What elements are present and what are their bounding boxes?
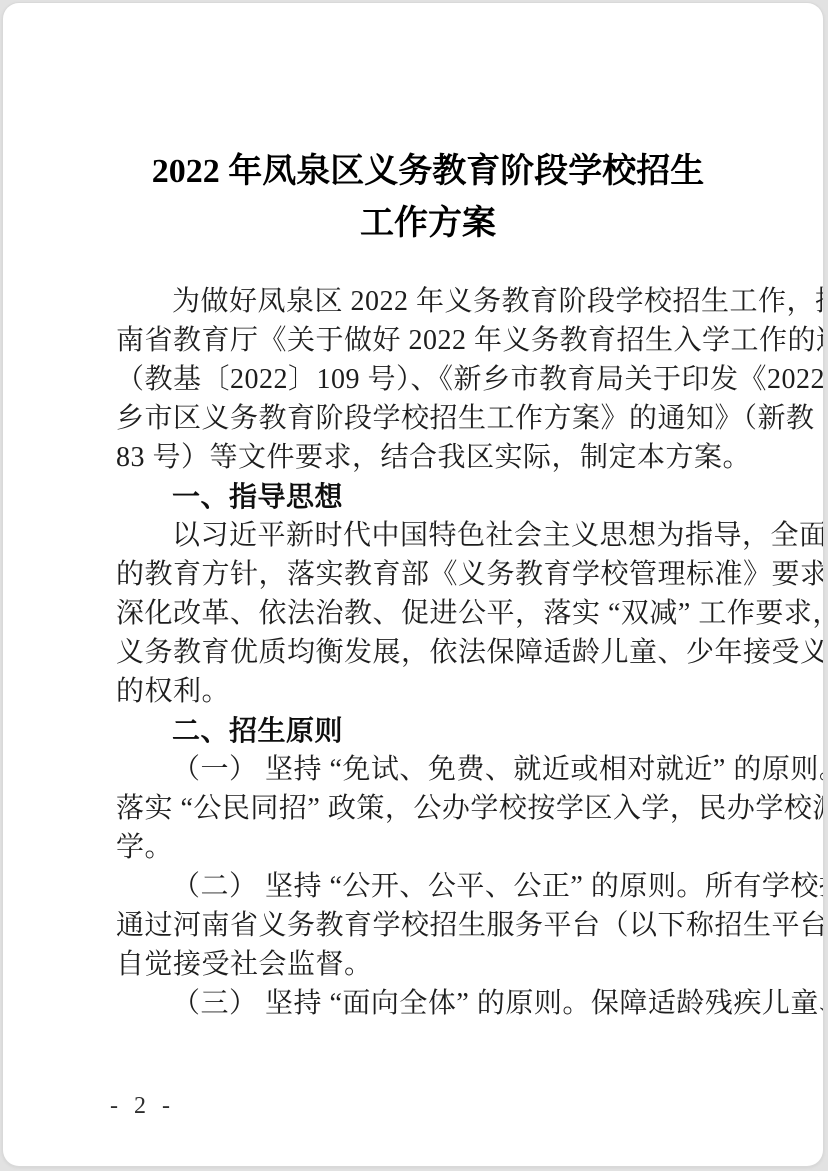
body-line: （一） 坚持 “免试、免费、就近或相对就近” 的原则。严格 [116, 750, 745, 789]
body-line: 义务教育优质均衡发展，依法保障适龄儿童、少年接受义务教育 [116, 633, 745, 672]
body-line: 的权利。 [116, 672, 745, 711]
body-line: 乡市区义务教育阶段学校招生工作方案》的通知》（新教〔2022〕 [116, 399, 745, 438]
body-line: （二） 坚持 “公开、公平、公正” 的原则。所有学校招生均 [116, 867, 745, 906]
body-line: 83 号）等文件要求，结合我区实际，制定本方案。 [116, 438, 745, 477]
section-heading-enrollment-principles: 二、招生原则 [116, 711, 745, 750]
body-line: （三） 坚持 “面向全体” 的原则。保障适龄残疾儿童、少年 [116, 984, 745, 1023]
section-heading-guiding-ideology: 一、指导思想 [116, 477, 745, 516]
document-title-line: 工作方案 [116, 198, 740, 250]
document-title-line: 2022 年凤泉区义务教育阶段学校招生 [116, 146, 740, 198]
document-title: 2022 年凤泉区义务教育阶段学校招生 工作方案 [116, 146, 740, 250]
body-line: 的教育方针，落实教育部《义务教育学校管理标准》要求，坚持 [116, 555, 745, 594]
body-line: 南省教育厅《关于做好 2022 年义务教育招生入学工作的通知》 [116, 321, 745, 360]
body-line: 以习近平新时代中国特色社会主义思想为指导，全面贯彻党 [116, 516, 745, 555]
body-line: 自觉接受社会监督。 [116, 945, 745, 984]
document-body: 为做好凤泉区 2022 年义务教育阶段学校招生工作，按照河 南省教育厅《关于做好… [116, 282, 745, 1023]
body-line: 深化改革、依法治教、促进公平，落实 “双减” 工作要求，推动 [116, 594, 745, 633]
body-line: 为做好凤泉区 2022 年义务教育阶段学校招生工作，按照河 [116, 282, 745, 321]
body-line: （教基〔2022〕109 号）、《新乡市教育局关于印发《2022 年新 [116, 360, 745, 399]
document-page: 2022 年凤泉区义务教育阶段学校招生 工作方案 为做好凤泉区 2022 年义务… [3, 3, 823, 1166]
body-line: 学。 [116, 828, 745, 867]
body-line: 落实 “公民同招” 政策，公办学校按学区入学，民办学校派位入 [116, 789, 745, 828]
body-line: 通过河南省义务教育学校招生服务平台（以下称招生平台）进行， [116, 906, 745, 945]
page-number: - 2 - [110, 1093, 175, 1120]
